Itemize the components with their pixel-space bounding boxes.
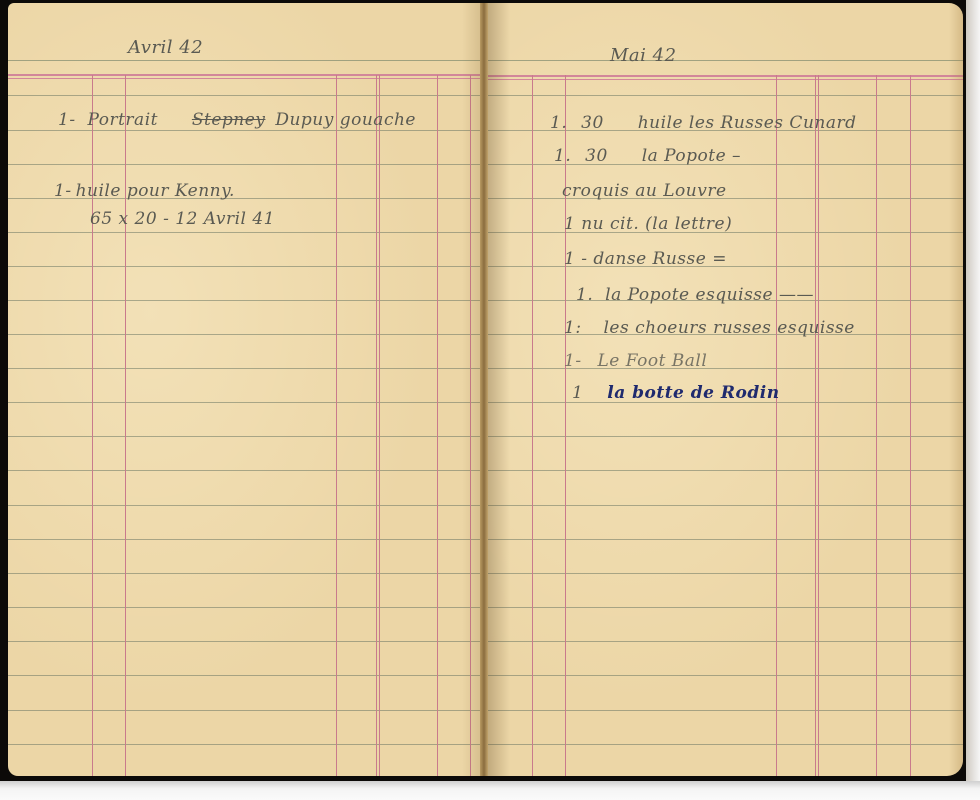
ruled-line [8, 402, 484, 403]
header-rule [484, 60, 963, 61]
entry-qty: 1 [58, 110, 69, 130]
ruled-line [484, 573, 963, 574]
ledger-entry: 1. la Popote esquisse —— [576, 285, 814, 305]
entry-title: danse Russe = [593, 249, 727, 269]
ruled-line [8, 744, 484, 745]
entry-sep: . [565, 146, 571, 166]
column-rule [818, 75, 819, 776]
ledger-entry-detail: 65 x 20 - 12 Avril 41 [90, 209, 275, 229]
ledger-entry: 1. 30 huile les Russes Cunard [550, 113, 856, 133]
entry-price: 30 [585, 146, 608, 166]
header-rule [8, 60, 484, 61]
column-rule [470, 75, 471, 776]
column-rule [379, 75, 380, 776]
entry-qty: 1 [572, 383, 583, 403]
ledger-entry: 1- Portrait Stepney Dupuy gouache [58, 110, 416, 130]
entry-sep: : [575, 318, 581, 338]
ruled-line [8, 300, 484, 301]
entry-dimensions-date: 65 x 20 - 12 Avril 41 [90, 209, 275, 229]
ruled-line [8, 130, 484, 131]
ruled-line [8, 95, 484, 96]
entry-sep: - [65, 181, 71, 201]
ruled-line [484, 710, 963, 711]
ledger-entry: 1 - danse Russe = [564, 249, 727, 269]
entry-title: nu cit. (la lettre) [581, 214, 732, 234]
scan-bottom-margin [0, 781, 980, 800]
ruled-line [484, 641, 963, 642]
ruled-line [8, 607, 484, 608]
entry-sep: - [581, 249, 587, 269]
ruled-line [8, 710, 484, 711]
notebook-gutter [480, 3, 488, 776]
entry-sep: - [69, 110, 75, 130]
entry-qty: 1 [564, 351, 575, 371]
entry-sep: - [575, 351, 581, 371]
entry-qty: 1 [576, 285, 587, 305]
ledger-entry: croquis au Louvre [562, 181, 727, 201]
column-rule [376, 75, 377, 776]
entry-qty: 1 [564, 318, 575, 338]
ruled-line [484, 539, 963, 540]
ruled-line [8, 436, 484, 437]
entry-title: huile les Russes Cunard [638, 113, 857, 133]
ruled-line [484, 95, 963, 96]
entry-title: Le Foot Ball [597, 351, 707, 371]
entry-qty: 1 [564, 249, 575, 269]
entry-title: croquis au Louvre [562, 181, 727, 201]
ruled-line [8, 232, 484, 233]
entry-title: Portrait [87, 110, 157, 130]
left-page: Avril 42 1- Portrait Stepney Dupuy gouac… [8, 3, 484, 776]
ruled-line [8, 539, 484, 540]
entry-qty: 1 [550, 113, 561, 133]
red-double-rule-top [484, 75, 963, 77]
column-rule [876, 75, 877, 776]
ledger-entry: 1- Le Foot Ball [564, 351, 707, 371]
ruled-line [8, 505, 484, 506]
ruled-line [8, 641, 484, 642]
ledger-entry: 1: les choeurs russes esquisse [564, 318, 855, 338]
entry-title: huile pour Kenny. [76, 181, 235, 201]
entry-qty: 1 [564, 214, 575, 234]
month-heading-left: Avril 42 [128, 37, 203, 58]
struck-out-word: Stepney [192, 110, 266, 130]
entry-title: les choeurs russes esquisse [603, 318, 854, 338]
entry-title-ink: la botte de Rodin [607, 383, 779, 403]
red-double-rule-top [8, 74, 484, 76]
month-heading-right: Mai 42 [610, 45, 677, 66]
red-double-rule-bottom [484, 79, 963, 80]
column-rule [776, 75, 777, 776]
entry-qty: 1 [554, 146, 565, 166]
scan-right-margin [966, 0, 980, 781]
column-rule [815, 75, 816, 776]
right-page: Mai 42 1. 30 huile les Russes Cunard 1. … [484, 3, 963, 776]
ruled-line [484, 436, 963, 437]
entry-price: 30 [581, 113, 604, 133]
ruled-line [484, 607, 963, 608]
entry-title: la Popote – [642, 146, 741, 166]
entry-qty: 1 [54, 181, 65, 201]
ruled-line [8, 266, 484, 267]
entry-sep: . [587, 285, 593, 305]
ruled-line [8, 164, 484, 165]
column-rule [336, 75, 337, 776]
entry-title-continued: Dupuy gouache [275, 110, 416, 130]
column-rule [437, 75, 438, 776]
ledger-entry: 1 nu cit. (la lettre) [564, 214, 732, 234]
ruled-line [484, 470, 963, 471]
ledger-entry: 1. 30 la Popote – [554, 146, 741, 166]
ruled-line [484, 368, 963, 369]
entry-sep: . [561, 113, 567, 133]
ledger-entry: 1-huile pour Kenny. [54, 181, 235, 201]
red-double-rule-bottom [8, 78, 484, 79]
ledger-entry: 1 la botte de Rodin [572, 383, 780, 403]
ruled-line [484, 744, 963, 745]
ruled-line [8, 573, 484, 574]
column-rule [532, 75, 533, 776]
ruled-line [484, 505, 963, 506]
ruled-line [484, 675, 963, 676]
ruled-line [8, 334, 484, 335]
ruled-line [8, 675, 484, 676]
column-rule [910, 75, 911, 776]
entry-title: la Popote esquisse —— [605, 285, 814, 305]
ruled-line [8, 470, 484, 471]
ruled-line [8, 368, 484, 369]
